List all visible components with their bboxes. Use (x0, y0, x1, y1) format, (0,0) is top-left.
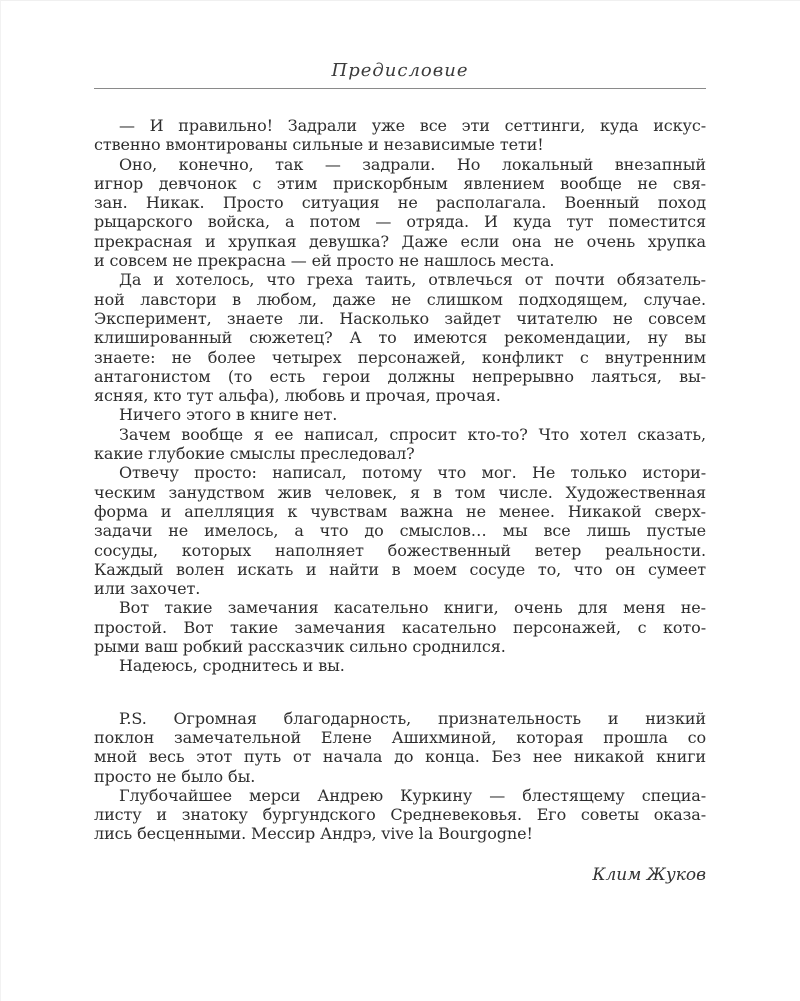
text-line: или захочет. (94, 579, 706, 598)
text-line: рыми ваш робкий рассказчик сильно сродни… (94, 637, 706, 656)
text-line: ясняя, кто тут альфа), любовь и прочая, … (94, 386, 706, 405)
text-line: прекрасная и хрупкая девушка? Даже если … (94, 232, 706, 251)
text-line: зан. Никак. Просто ситуация не располага… (94, 193, 706, 212)
header-rule (94, 88, 706, 89)
text-line: ческим занудством жив человек, я в том ч… (94, 483, 706, 502)
text-line: и совсем не прекрасна — ей просто не наш… (94, 251, 706, 270)
text-line: знаете: не более четырех персонажей, кон… (94, 348, 706, 367)
paragraph: Надеюсь, сроднитесь и вы. (94, 656, 706, 675)
paragraph: Глубочайшее мерси Андрею Куркину — блест… (94, 786, 706, 844)
text-line: поклон замечательной Елене Ашихминой, ко… (94, 728, 706, 747)
text-line: листу и знатоку бургундского Средневеков… (94, 805, 706, 824)
text-line: антагонистом (то есть герои должны непре… (94, 367, 706, 386)
paragraph: Зачем вообще я ее написал, спросит кто-т… (94, 425, 706, 464)
text-line: игнор девчонок с этим прискорбным явлени… (94, 174, 706, 193)
text-line: простой. Вот такие замечания касательно … (94, 618, 706, 637)
text-line: ной лавстори в любом, даже не слишком по… (94, 290, 706, 309)
text-line: лись бесценными. Мессир Андрэ, vive la B… (94, 824, 706, 843)
paragraph: Вот такие замечания касательно книги, оч… (94, 598, 706, 656)
text-line: Эксперимент, знаете ли. Насколько зайдет… (94, 309, 706, 328)
text-line: P.S. Огромная благодарность, признательн… (94, 709, 706, 728)
text-line: — И правильно! Задрали уже все эти сетти… (94, 116, 706, 135)
paragraph: Отвечу просто: написал, потому что мог. … (94, 463, 706, 598)
author-signature: Клим Жуков (94, 866, 706, 885)
paragraph: Ничего этого в книге нет. (94, 405, 706, 424)
text-line: Вот такие замечания касательно книги, оч… (94, 598, 706, 617)
paragraph: P.S. Огромная благодарность, признательн… (94, 709, 706, 786)
text-line: мной весь этот путь от начала до конца. … (94, 747, 706, 766)
text-line: клишированный сюжетец? А то имеются реко… (94, 328, 706, 347)
paragraph: Да и хотелось, что греха таить, отвлечьс… (94, 270, 706, 405)
text-line: сосуды, которых наполняет божественный в… (94, 541, 706, 560)
text-line: Да и хотелось, что греха таить, отвлечьс… (94, 270, 706, 289)
page-title: Предисловие (94, 61, 706, 81)
text-line: задачи не имелось, а что до смыслов… мы … (94, 521, 706, 540)
paragraph: Оно, конечно, так — задрали. Но локальны… (94, 155, 706, 271)
text-line: Ничего этого в книге нет. (94, 405, 706, 424)
text-line: Каждый волен искать и найти в моем сосуд… (94, 560, 706, 579)
text-line: просто не было бы. (94, 767, 706, 786)
book-page: Предисловие — И правильно! Задрали уже в… (0, 0, 800, 1001)
text-line: Отвечу просто: написал, потому что мог. … (94, 463, 706, 482)
text-line: рыцарского войска, а потом — отряда. И к… (94, 212, 706, 231)
text-line: ственно вмонтированы сильные и независим… (94, 135, 706, 154)
paragraph: — И правильно! Задрали уже все эти сетти… (94, 116, 706, 155)
text-line: Зачем вообще я ее написал, спросит кто-т… (94, 425, 706, 444)
text-line: Глубочайшее мерси Андрею Куркину — блест… (94, 786, 706, 805)
text-line: Оно, конечно, так — задрали. Но локальны… (94, 155, 706, 174)
text-line: какие глубокие смыслы преследовал? (94, 444, 706, 463)
content-column: Предисловие — И правильно! Задрали уже в… (94, 1, 706, 885)
text-line: форма и апелляция к чувствам важна не ме… (94, 502, 706, 521)
text-line: Надеюсь, сроднитесь и вы. (94, 656, 706, 675)
body-text: — И правильно! Задрали уже все эти сетти… (94, 116, 706, 844)
